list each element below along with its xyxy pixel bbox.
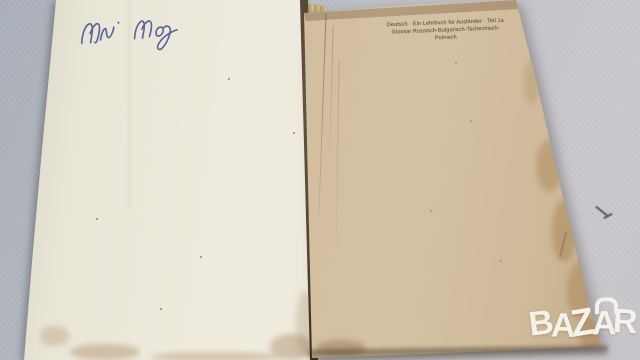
- cover-crack: [335, 60, 339, 250]
- cover-crack: [319, 14, 327, 214]
- foxing-stain: [552, 200, 576, 262]
- cover-speck: [470, 120, 472, 122]
- bazar-letter: R: [613, 304, 636, 339]
- cover-speck: [500, 260, 502, 262]
- photo-canvas: Deutsch · Ein Lehrbuch für Ausländer · T…: [0, 0, 640, 360]
- cover-speck: [430, 210, 432, 212]
- foxing-stain: [524, 60, 540, 104]
- bazar-watermark: B A Z A R: [528, 304, 635, 342]
- imprint-block: Deutsch · Ein Lehrbuch für Ausländer · T…: [382, 16, 509, 43]
- foxing-stain: [536, 140, 562, 192]
- bazar-letter: B: [527, 305, 553, 341]
- bazar-letter: A: [592, 306, 614, 340]
- cover-speck: [455, 62, 457, 64]
- cover-crack: [329, 26, 333, 151]
